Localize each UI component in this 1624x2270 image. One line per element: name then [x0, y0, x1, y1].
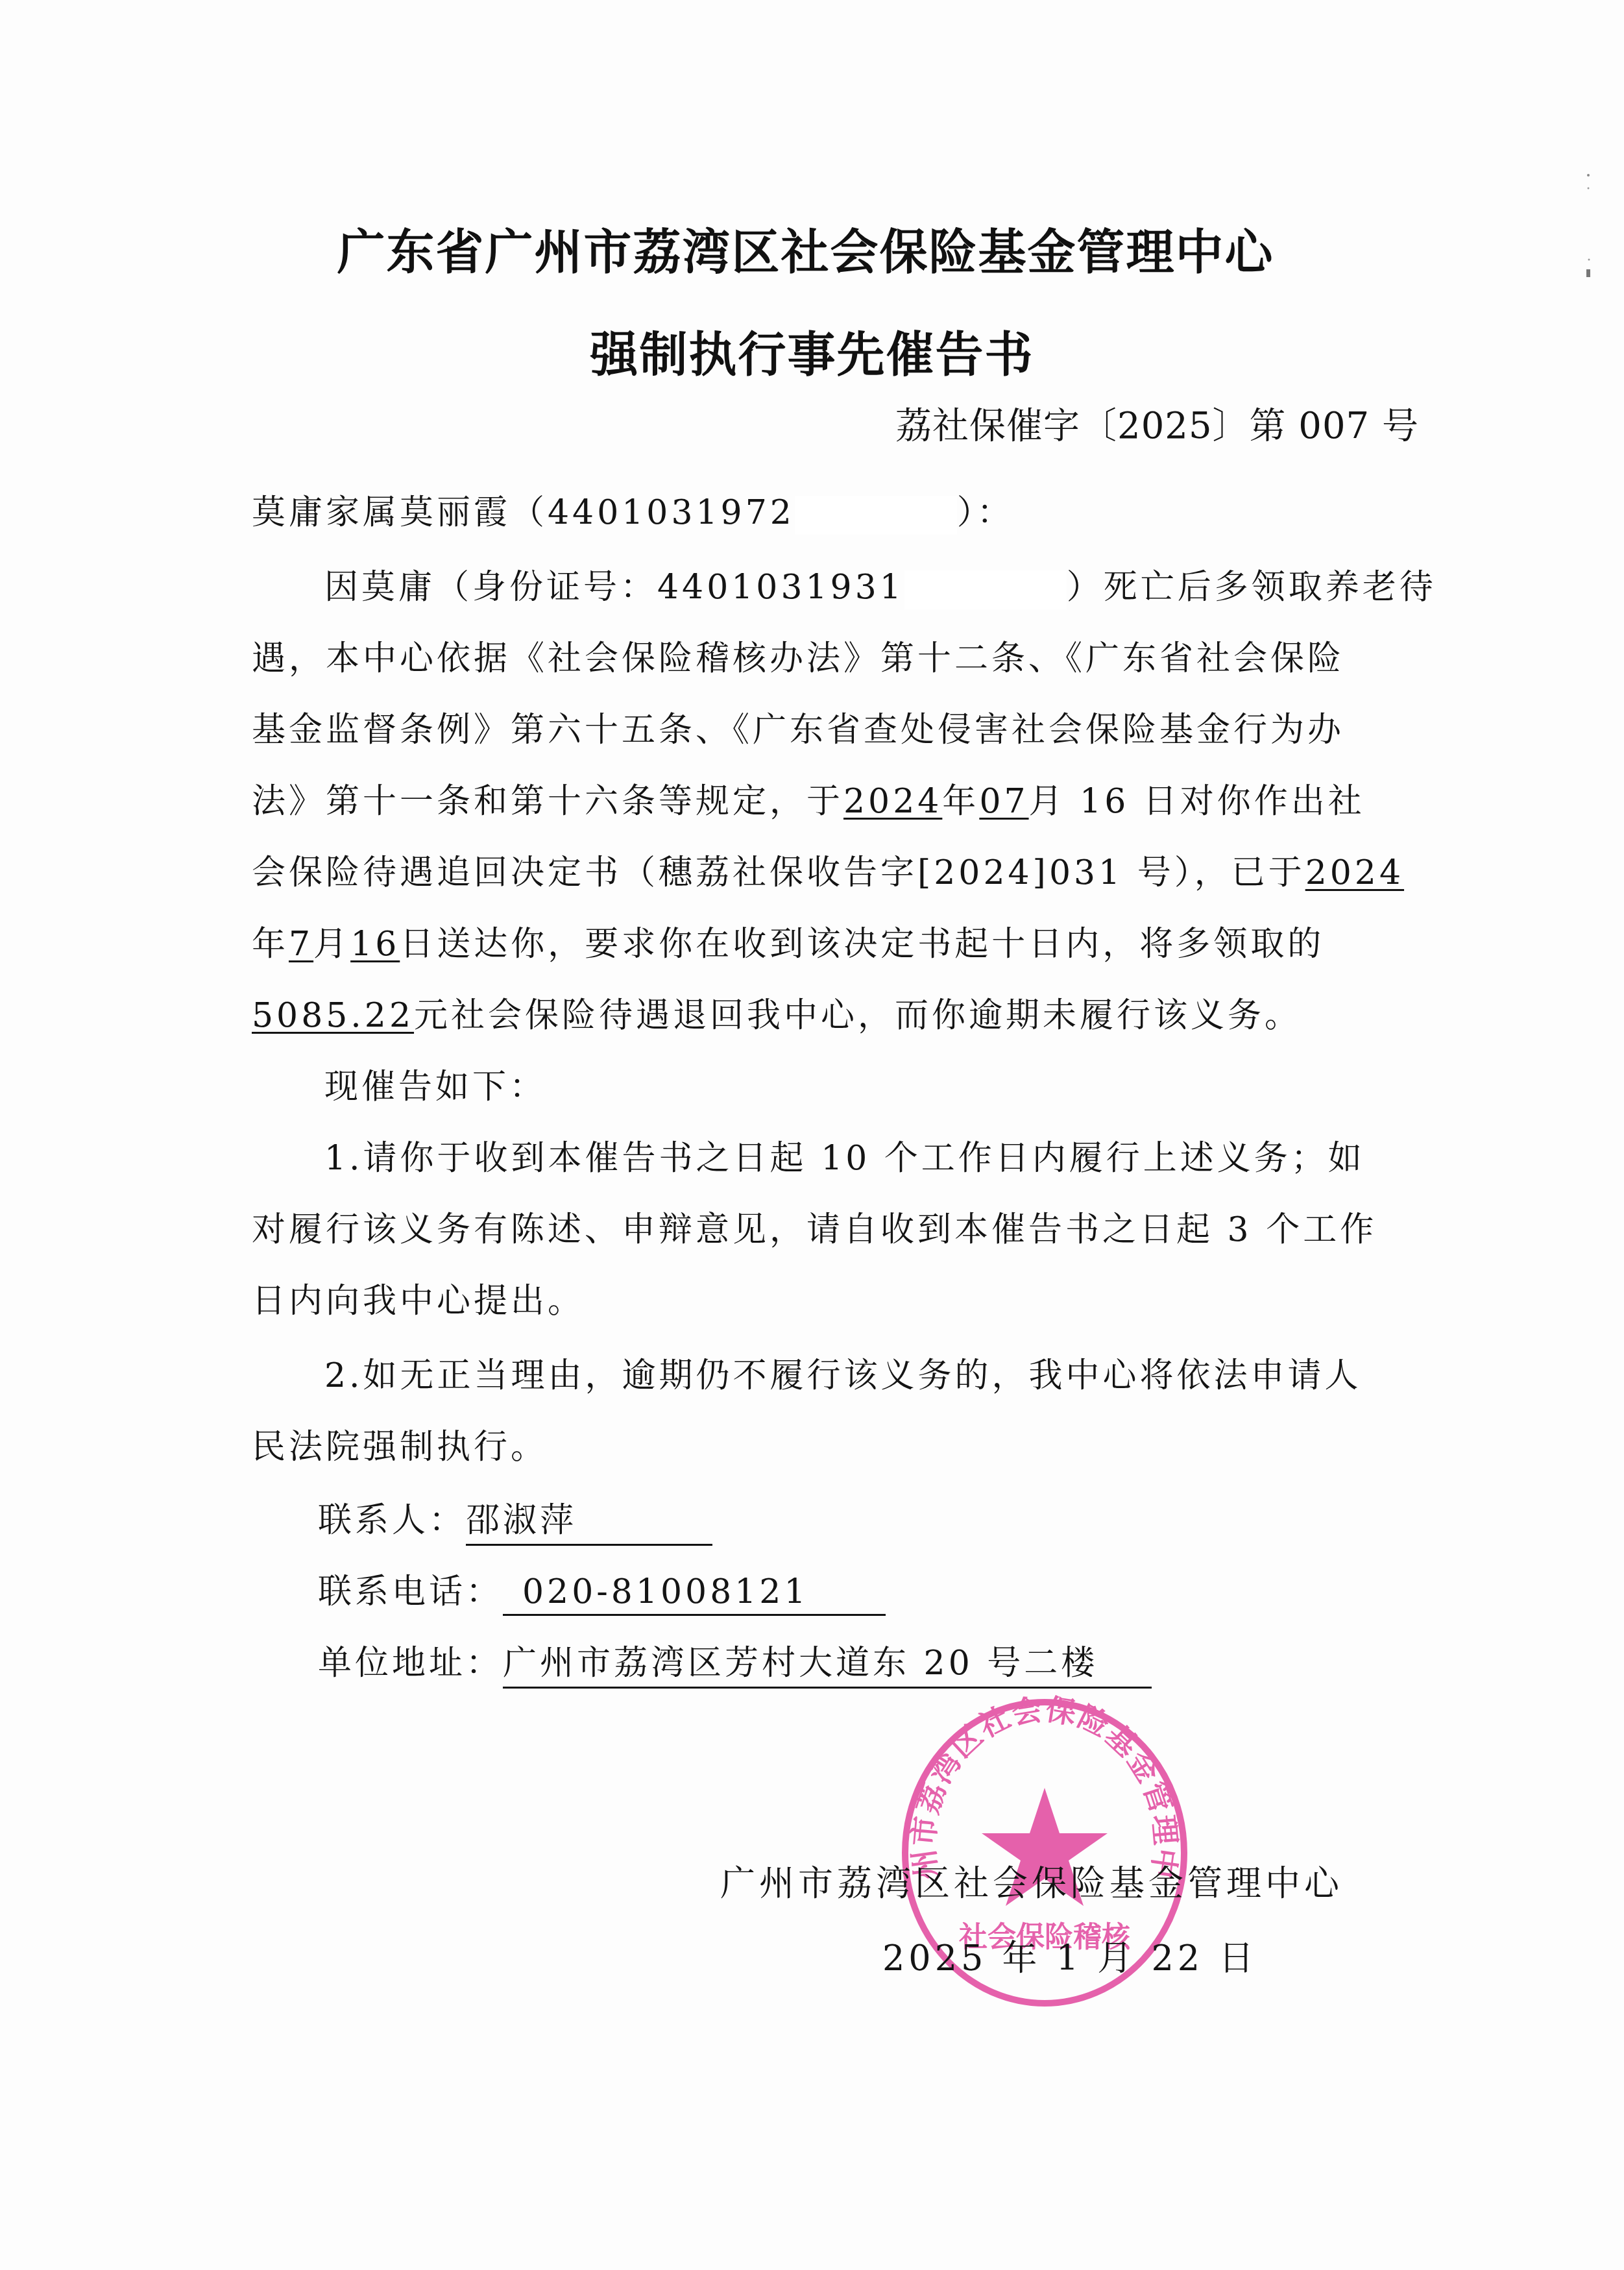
notice-heading: 现催告如下：: [324, 1064, 546, 1110]
paragraph-1-line-4: 法》第十一条和第十六条等规定，于2024年07月 16 日对你作出社: [252, 779, 1365, 824]
document-number: 荔社保催字〔2025〕第 007 号: [895, 397, 1419, 449]
paragraph-text: 月: [313, 925, 350, 964]
issuer-title: 广东省广州市荔湾区社会保险基金管理中心: [0, 214, 1618, 283]
contact-phone-label: 联系电话：: [318, 1572, 503, 1611]
paragraph-text: 年: [252, 925, 289, 964]
contact-phone-value: 020-81008121: [503, 1572, 886, 1616]
paragraph-text: ）死亡后多领取养老待: [1067, 568, 1436, 607]
item-1-line-1: 1.请你于收到本催告书之日起 10 个工作日内履行上述义务；如: [324, 1136, 1365, 1181]
contact-address-label: 单位地址：: [318, 1644, 503, 1683]
document-title: 强制执行事先催告书: [0, 317, 1624, 385]
signing-organization: 广州市荔湾区社会保险基金管理中心: [720, 1856, 1343, 1906]
paragraph-1-line-5: 会保险待遇追回决定书（穗荔社保收告字[2024]031 号），已于2024: [252, 850, 1404, 896]
paragraph-text: 年: [942, 782, 979, 821]
served-day: 16: [350, 925, 400, 964]
contact-address-value: 广州市荔湾区芳村大道东 20 号二楼: [503, 1635, 1152, 1689]
paragraph-1-line-3: 基金监督条例》第六十五条、《广东省查处侵害社会保险基金行为办: [252, 707, 1344, 753]
signing-date: 2025 年 1 月 22 日: [882, 1931, 1257, 1981]
paragraph-1-line-7: 5085.22元社会保险待遇退回我中心，而你逾期未履行该义务。: [252, 993, 1302, 1038]
decision-month: 07: [979, 782, 1028, 821]
contact-person-row: 联系人：邵淑萍: [318, 1493, 712, 1546]
deceased-id-text: 因莫庸（身份证号：4401031931: [324, 568, 904, 607]
document-page: 广东省广州市荔湾区社会保险基金管理中心 强制执行事先催告书 荔社保催字〔2025…: [0, 0, 1624, 2270]
redacted-id-block: [904, 570, 1067, 609]
paragraph-1-line-2: 遇，本中心依据《社会保险稽核办法》第十二条、《广东省社会保险: [252, 636, 1344, 681]
item-2-line-1: 2.如无正当理由，逾期仍不履行该义务的，我中心将依法申请人: [324, 1353, 1362, 1398]
paragraph-text: 元社会保险待遇退回我中心，而你逾期未履行该义务。: [414, 996, 1302, 1035]
served-year: 2024: [1305, 853, 1404, 892]
contact-person-label: 联系人：: [318, 1501, 466, 1540]
paragraph-text: 法》第十一条和第十六条等规定，于: [252, 782, 843, 821]
decision-year: 2024: [843, 782, 942, 821]
addressee-suffix: ）：: [957, 493, 1014, 532]
paragraph-text: 日送达你，要求你在收到该决定书起十日内，将多领取的: [400, 925, 1324, 964]
contact-phone-row: 联系电话：020-81008121: [318, 1564, 886, 1616]
addressee-line: 莫庸家属莫丽霞（4401031972）：: [252, 490, 1014, 535]
paragraph-1-line-6: 年7月16日送达你，要求你在收到该决定书起十日内，将多领取的: [252, 921, 1324, 967]
redacted-id-block: [795, 496, 957, 535]
contact-address-row: 单位地址：广州市荔湾区芳村大道东 20 号二楼: [318, 1635, 1152, 1689]
paragraph-text: 会保险待遇追回决定书（穗荔社保收告字[2024]031 号），已于: [252, 853, 1305, 892]
paragraph-1-line-1: 因莫庸（身份证号：4401031931）死亡后多领取养老待: [324, 565, 1436, 610]
contact-person-value: 邵淑萍: [466, 1493, 712, 1546]
overpaid-amount: 5085.22: [252, 996, 414, 1035]
item-1-line-2: 对履行该义务有陈述、申辩意见，请自收到本催告书之日起 3 个工作: [252, 1207, 1377, 1252]
paragraph-text: 月 16 日对你作出社: [1029, 782, 1365, 821]
addressee-prefix: 莫庸家属莫丽霞（4401031972: [252, 493, 795, 532]
item-1-line-3: 日内向我中心提出。: [252, 1278, 585, 1324]
served-month: 7: [289, 925, 313, 964]
item-2-line-2: 民法院强制执行。: [252, 1424, 548, 1470]
